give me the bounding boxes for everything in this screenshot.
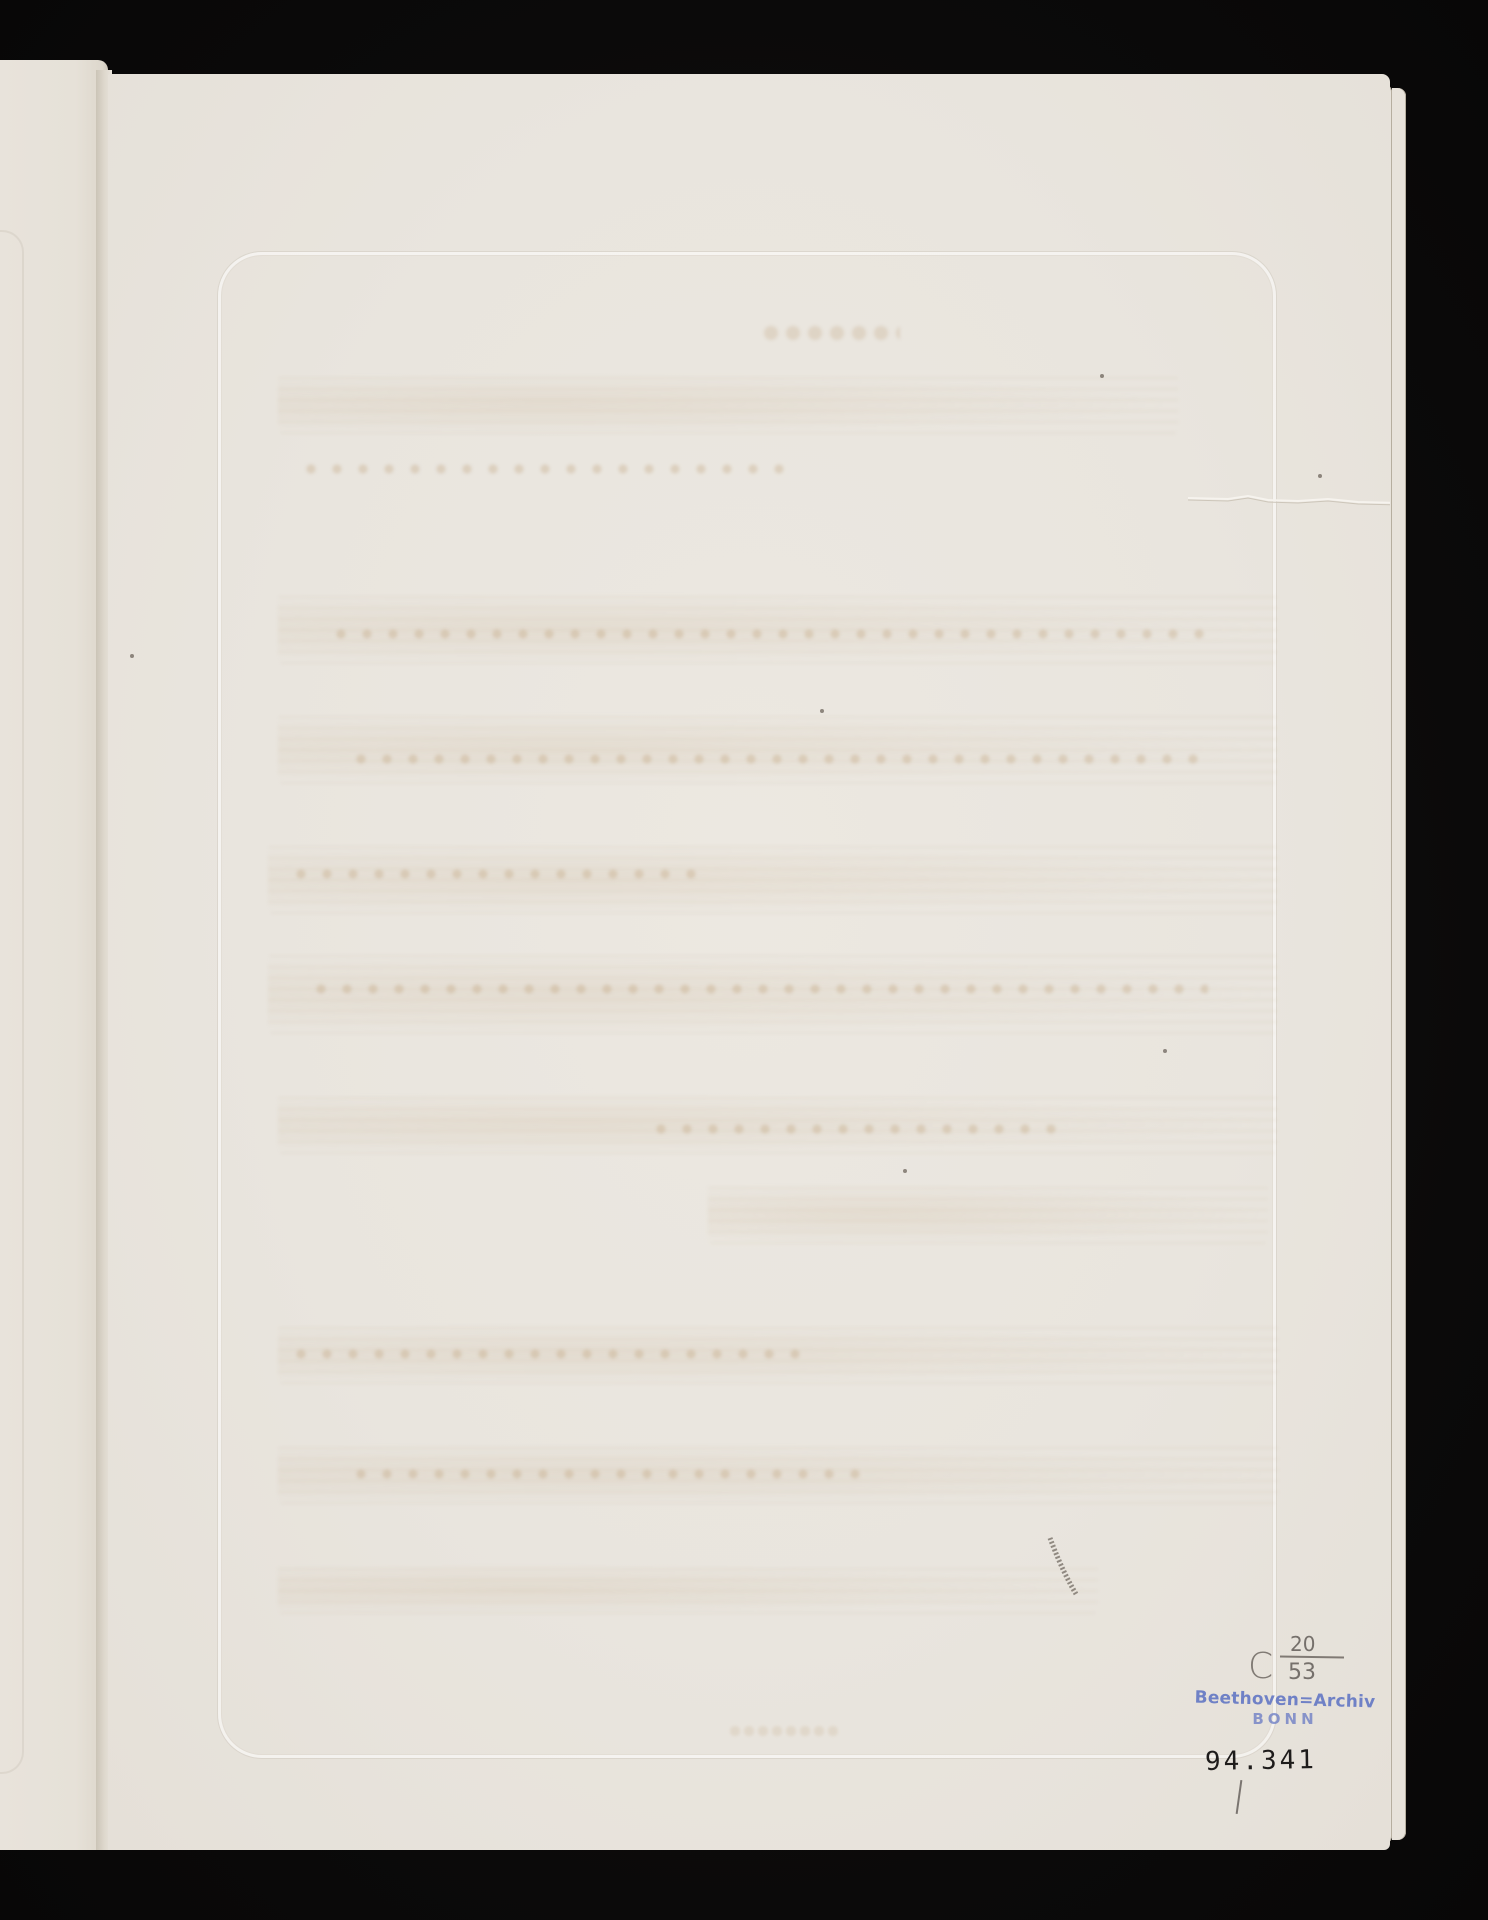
document-page <box>108 74 1390 1850</box>
shelfmark-letter: C <box>1248 1646 1273 1687</box>
ghost-notes <box>648 1114 1068 1144</box>
music-show-through <box>208 74 1278 1850</box>
paper-speck <box>1100 374 1104 378</box>
ghost-notes <box>348 744 1208 774</box>
ghost-notes <box>298 454 798 484</box>
ghost-notes <box>328 619 1208 649</box>
pencil-shelfmark: C 20 53 <box>1248 1632 1368 1692</box>
ghost-notes <box>308 974 1208 1004</box>
ghost-staff <box>708 1184 1268 1244</box>
paper-speck <box>903 1169 907 1173</box>
page-stack-edge <box>1392 88 1406 1840</box>
shelfmark-denominator: 53 <box>1288 1660 1316 1685</box>
accession-number: 94.341 <box>1205 1745 1317 1777</box>
stamp-archive-name: Beethoven=Archiv <box>1185 1687 1385 1712</box>
facing-page-left <box>0 60 108 1850</box>
ghost-title <box>760 322 900 344</box>
ghost-staff <box>278 374 1178 434</box>
ink-smudge <box>1046 1534 1086 1604</box>
ghost-staff <box>278 1564 1098 1614</box>
paper-speck <box>820 709 824 713</box>
stamp-city: BONN <box>1185 1710 1385 1728</box>
ghost-notes <box>288 859 708 889</box>
paper-speck <box>1163 1049 1167 1053</box>
ghost-notes <box>288 1339 808 1369</box>
paper-crease <box>1188 494 1390 506</box>
plate-mark-left <box>0 230 24 1774</box>
shelfmark-fraction-bar <box>1280 1655 1344 1658</box>
paper-speck <box>130 654 134 658</box>
ghost-notes <box>348 1459 868 1489</box>
shelfmark-numerator: 20 <box>1290 1632 1315 1656</box>
archive-stamp: Beethoven=Archiv BONN <box>1185 1690 1385 1728</box>
paper-speck <box>1318 474 1322 478</box>
ghost-footer <box>728 1724 838 1738</box>
